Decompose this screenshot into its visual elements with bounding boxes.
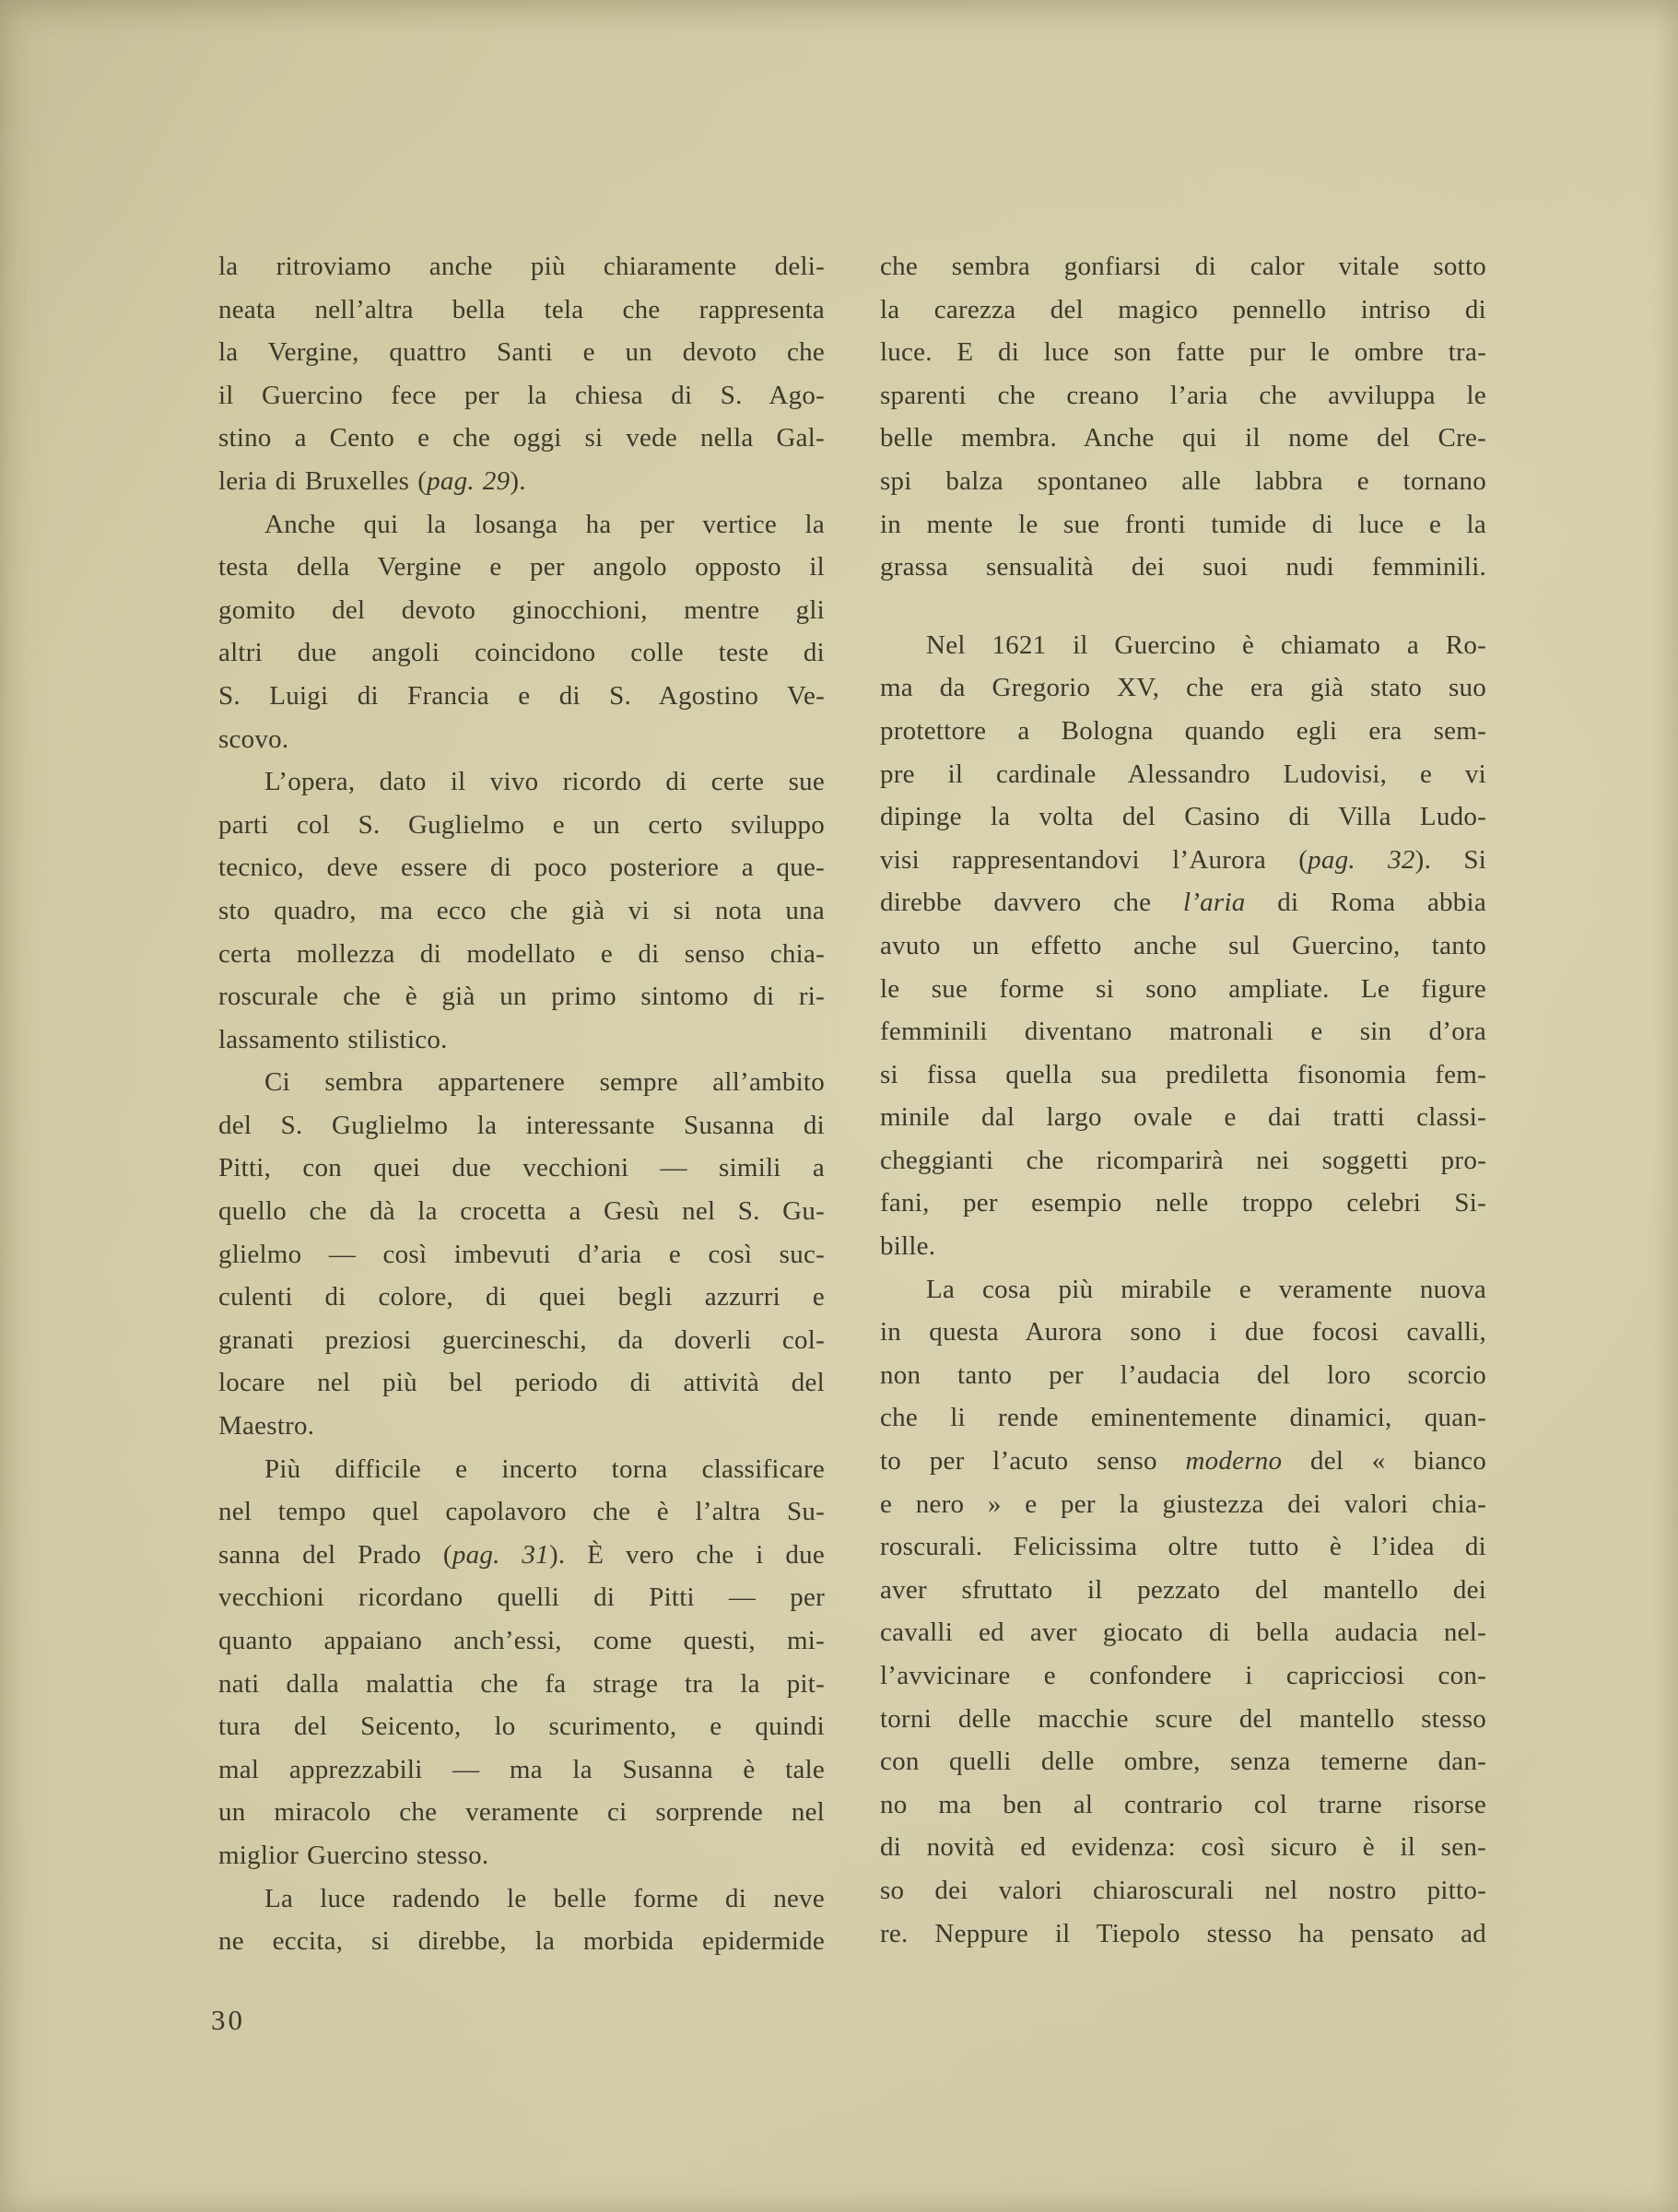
text-line: fani, per esempio nelle troppo celebri S…	[880, 1182, 1486, 1225]
text-line: vecchioni ricordano quelli di Pitti — pe…	[218, 1576, 825, 1619]
text-line: nel tempo quel capolavoro che è l’altra …	[218, 1490, 825, 1534]
text-line: in questa Aurora sono i due focosi caval…	[880, 1311, 1486, 1354]
text-line: altri due angoli coincidono colle teste …	[218, 631, 825, 675]
text-line: scovo.	[218, 718, 825, 761]
text-line: la carezza del magico pennello intriso d…	[880, 288, 1486, 332]
text-line: leria di Bruxelles (pag. 29).	[218, 460, 825, 503]
text-line: bille.	[880, 1225, 1486, 1268]
right-column: che sembra gonfiarsi di calor vitale sot…	[880, 245, 1486, 1963]
text-line: quello che dà la crocetta a Gesù nel S. …	[218, 1190, 825, 1233]
text-line: l’avvicinare e confondere i capricciosi …	[880, 1654, 1486, 1698]
text-line: il Guercino fece per la chiesa di S. Ago…	[218, 374, 825, 418]
text-line: lassamento stilistico.	[218, 1018, 825, 1062]
text-line: grassa sensualità dei suoi nudi femminil…	[880, 546, 1486, 589]
text-line: tura del Seicento, lo scurimento, e quin…	[218, 1705, 825, 1748]
text-line: le sue forme si sono ampliate. Le figure	[880, 968, 1486, 1011]
text-line: gomito del devoto ginocchioni, mentre gl…	[218, 589, 825, 632]
text-line: la Vergine, quattro Santi e un devoto ch…	[218, 331, 825, 374]
text-line: di novità ed evidenza: così sicuro è il …	[880, 1826, 1486, 1869]
italic-text: moderno	[1185, 1446, 1282, 1476]
text-line: direbbe davvero che l’aria di Roma abbia	[880, 881, 1486, 924]
text-line: con quelli delle ombre, senza temerne da…	[880, 1740, 1486, 1783]
italic-text: pag. 29	[427, 466, 510, 496]
text-line: visi rappresentandovi l’Aurora (pag. 32)…	[880, 839, 1486, 882]
text-line: aver sfruttato il pezzato del mantello d…	[880, 1569, 1486, 1612]
text-line: testa della Vergine e per angolo opposto…	[218, 546, 825, 589]
text-line: culenti di colore, di quei begli azzurri…	[218, 1276, 825, 1319]
text-line: quanto appaiano anch’essi, come questi, …	[218, 1619, 825, 1663]
text-line: neata nell’altra bella tela che rapprese…	[218, 288, 825, 332]
text-line: un miracolo che veramente ci sorprende n…	[218, 1791, 825, 1834]
text-line: si fissa quella sua prediletta fisonomia…	[880, 1053, 1486, 1097]
text-line: sto quadro, ma ecco che già vi si nota u…	[218, 889, 825, 933]
text-line: che sembra gonfiarsi di calor vitale sot…	[880, 245, 1486, 288]
text-line: re. Neppure il Tiepolo stesso ha pensato…	[880, 1912, 1486, 1956]
italic-text: pag. 31	[452, 1540, 549, 1570]
paragraph: Nel 1621 il Guercino è chiamato a Ro-ma …	[880, 624, 1486, 1268]
text-line: certa mollezza di modellato e di senso c…	[218, 933, 825, 976]
book-page: la ritroviamo anche più chiaramente deli…	[0, 0, 1678, 2212]
text-line: torni delle macchie scure del mantello s…	[880, 1698, 1486, 1741]
text-line: minile dal largo ovale e dai tratti clas…	[880, 1096, 1486, 1139]
text-line: protettore a Bologna quando egli era sem…	[880, 710, 1486, 753]
page-number: 30	[211, 2004, 245, 2037]
text-line: stino a Cento e che oggi si vede nella G…	[218, 417, 825, 460]
text-line: non tanto per l’audacia del loro scorcio	[880, 1354, 1486, 1397]
text-line: S. Luigi di Francia e di S. Agostino Ve-	[218, 675, 825, 718]
text-line: cavalli ed aver giocato di bella audacia…	[880, 1611, 1486, 1654]
paragraph: che sembra gonfiarsi di calor vitale sot…	[880, 245, 1486, 589]
text-line: glielmo — così imbevuti d’aria e così su…	[218, 1233, 825, 1277]
text-line: la ritroviamo anche più chiaramente deli…	[218, 245, 825, 288]
text-line: granati preziosi guercineschi, da doverl…	[218, 1319, 825, 1362]
italic-text: pag. 32	[1308, 845, 1415, 875]
text-line: femminili diventano matronali e sin d’or…	[880, 1010, 1486, 1053]
text-line: ma da Gregorio XV, che era già stato suo	[880, 666, 1486, 710]
paragraph: la ritroviamo anche più chiaramente deli…	[218, 245, 825, 503]
text-line: to per l’acuto senso moderno del « bianc…	[880, 1440, 1486, 1483]
left-column: la ritroviamo anche più chiaramente deli…	[218, 245, 825, 1963]
text-line: del S. Guglielmo la interessante Susanna…	[218, 1104, 825, 1147]
text-line: parti col S. Guglielmo e un certo svilup…	[218, 804, 825, 847]
text-line: sparenti che creano l’aria che avviluppa…	[880, 374, 1486, 418]
text-line: roscurale che è già un primo sintomo di …	[218, 975, 825, 1018]
text-line: spi balza spontaneo alle labbra e tornan…	[880, 460, 1486, 503]
text-line: L’opera, dato il vivo ricordo di certe s…	[218, 760, 825, 804]
paragraph: Anche qui la losanga ha per vertice late…	[218, 503, 825, 761]
text-line: roscurali. Felicissima oltre tutto è l’i…	[880, 1525, 1486, 1569]
text-line: La cosa più mirabile e veramente nuova	[880, 1268, 1486, 1312]
text-line: dipinge la volta del Casino di Villa Lud…	[880, 795, 1486, 839]
paragraph: L’opera, dato il vivo ricordo di certe s…	[218, 760, 825, 1061]
text-line: mal apprezzabili — ma la Susanna è tale	[218, 1748, 825, 1792]
text-line: avuto un effetto anche sul Guercino, tan…	[880, 924, 1486, 968]
text-line: che li rende eminentemente dinamici, qua…	[880, 1396, 1486, 1440]
text-line: belle membra. Anche qui il nome del Cre-	[880, 417, 1486, 460]
text-line: Pitti, con quei due vecchioni — simili a	[218, 1147, 825, 1190]
text-line: Anche qui la losanga ha per vertice la	[218, 503, 825, 547]
text-line: Maestro.	[218, 1405, 825, 1448]
paragraph: Più difficile e incerto torna classifica…	[218, 1448, 825, 1877]
text-line: luce. E di luce son fatte pur le ombre t…	[880, 331, 1486, 374]
text-line: sanna del Prado (pag. 31). È vero che i …	[218, 1534, 825, 1577]
text-line: ne eccita, si direbbe, la morbida epider…	[218, 1920, 825, 1963]
text-line: nati dalla malattia che fa strage tra la…	[218, 1663, 825, 1706]
text-line: locare nel più bel periodo di attività d…	[218, 1361, 825, 1405]
text-line: La luce radendo le belle forme di neve	[218, 1877, 825, 1921]
text-line: Ci sembra appartenere sempre all’ambito	[218, 1061, 825, 1104]
text-line: in mente le sue fronti tumide di luce e …	[880, 503, 1486, 547]
italic-text: l’aria	[1183, 888, 1246, 917]
text-line: Nel 1621 il Guercino è chiamato a Ro-	[880, 624, 1486, 667]
text-line: tecnico, deve essere di poco posteriore …	[218, 846, 825, 889]
paragraph: La luce radendo le belle forme di nevene…	[218, 1877, 825, 1963]
text-columns: la ritroviamo anche più chiaramente deli…	[218, 245, 1486, 1963]
text-line: Più difficile e incerto torna classifica…	[218, 1448, 825, 1491]
text-line: e nero » e per la giustezza dei valori c…	[880, 1483, 1486, 1526]
text-line: cheggianti che ricomparirà nei soggetti …	[880, 1139, 1486, 1182]
paragraph: Ci sembra appartenere sempre all’ambitod…	[218, 1061, 825, 1447]
text-line: pre il cardinale Alessandro Ludovisi, e …	[880, 753, 1486, 796]
text-line: so dei valori chiaroscurali nel nostro p…	[880, 1869, 1486, 1912]
text-line: miglior Guercino stesso.	[218, 1834, 825, 1877]
text-line: no ma ben al contrario col trarne risors…	[880, 1783, 1486, 1827]
paragraph: La cosa più mirabile e veramente nuovain…	[880, 1268, 1486, 1956]
